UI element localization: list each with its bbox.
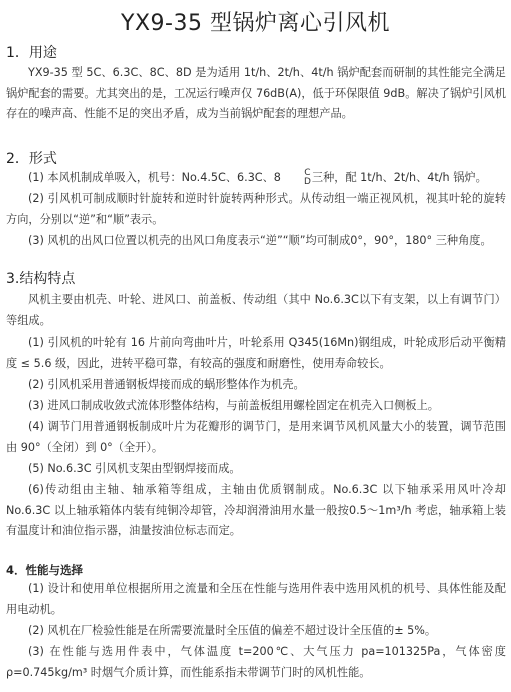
document-title: YX9-35 型锅炉离心引风机 (0, 6, 511, 37)
usage-paragraph: YX9-35 型 5C、6.3C、8C、8D 是为适用 1t/h、2t/h、4t… (6, 63, 506, 125)
performance-item-2: (2) 风机在厂检验性能是在所需要流量时全压值的偏差不超过设计全压值的± 5%。 (6, 621, 506, 642)
structure-item-6: (6)传动组由主轴、轴承箱等组成，主轴由优质钢制成。No.6.3C 以下轴承采用… (6, 480, 506, 542)
section-heading-usage: 1．用途 (6, 42, 57, 62)
structure-item-3: (3) 进风口制成收敛式流体形整体结构，与前盖板组用螺栓固定在机壳入口侧板上。 (6, 396, 506, 417)
performance-item-3: (3) 在性能与选用件表中，气体温度 t=200℃、大气压力 pa=101325… (6, 642, 506, 683)
structure-item-1: (1) 引风机的叶轮有 16 片前向弯曲叶片，叶轮系用 Q345(16Mn)钢组… (6, 333, 506, 374)
structure-item-2: (2) 引风机采用普通钢板焊接而成的蜗形整体作为机壳。 (6, 375, 506, 396)
form-item-1-text-after: 三种，配 1t/h、2t/h、4t/h 锅炉。 (312, 171, 487, 184)
model-variant-stack: CD (282, 169, 311, 187)
form-item-1-text-before: (1) 本风机制成单吸入，机号：No.4.5C、6.3C、8 (28, 171, 281, 184)
section-heading-performance: 4．性能与选择 (6, 562, 83, 578)
form-item-1: (1) 本风机制成单吸入，机号：No.4.5C、6.3C、8CD三种，配 1t/… (6, 168, 506, 189)
structure-item-5: (5) No.6.3C 引风机支架由型钢焊接而成。 (6, 459, 506, 480)
form-item-3: (3) 风机的出风口位置以机壳的出风口角度表示“逆”“顺”均可制成0°，90°，… (6, 231, 506, 252)
section-heading-structure: 3.结构特点 (6, 268, 75, 288)
variant-d: D (282, 178, 311, 187)
form-item-2: (2) 引风机可制成顺时针旋转和逆时针旋转两种形式。从传动组一端正视风机，视其叶… (6, 189, 506, 230)
section-heading-form: 2．形式 (6, 148, 57, 168)
structure-item-4: (4) 调节门用普通钢板制成叶片为花瓣形的调节门，是用来调节风机风量大小的装置，… (6, 417, 506, 458)
structure-intro: 风机主要由机壳、叶轮、进风口、前盖板、传动组（其中 No.6.3C以下有支架，以… (6, 290, 506, 331)
performance-item-1: (1) 设计和使用单位根据所用之流量和全压在性能与选用件表中选用风机的机号、具体… (6, 579, 506, 620)
